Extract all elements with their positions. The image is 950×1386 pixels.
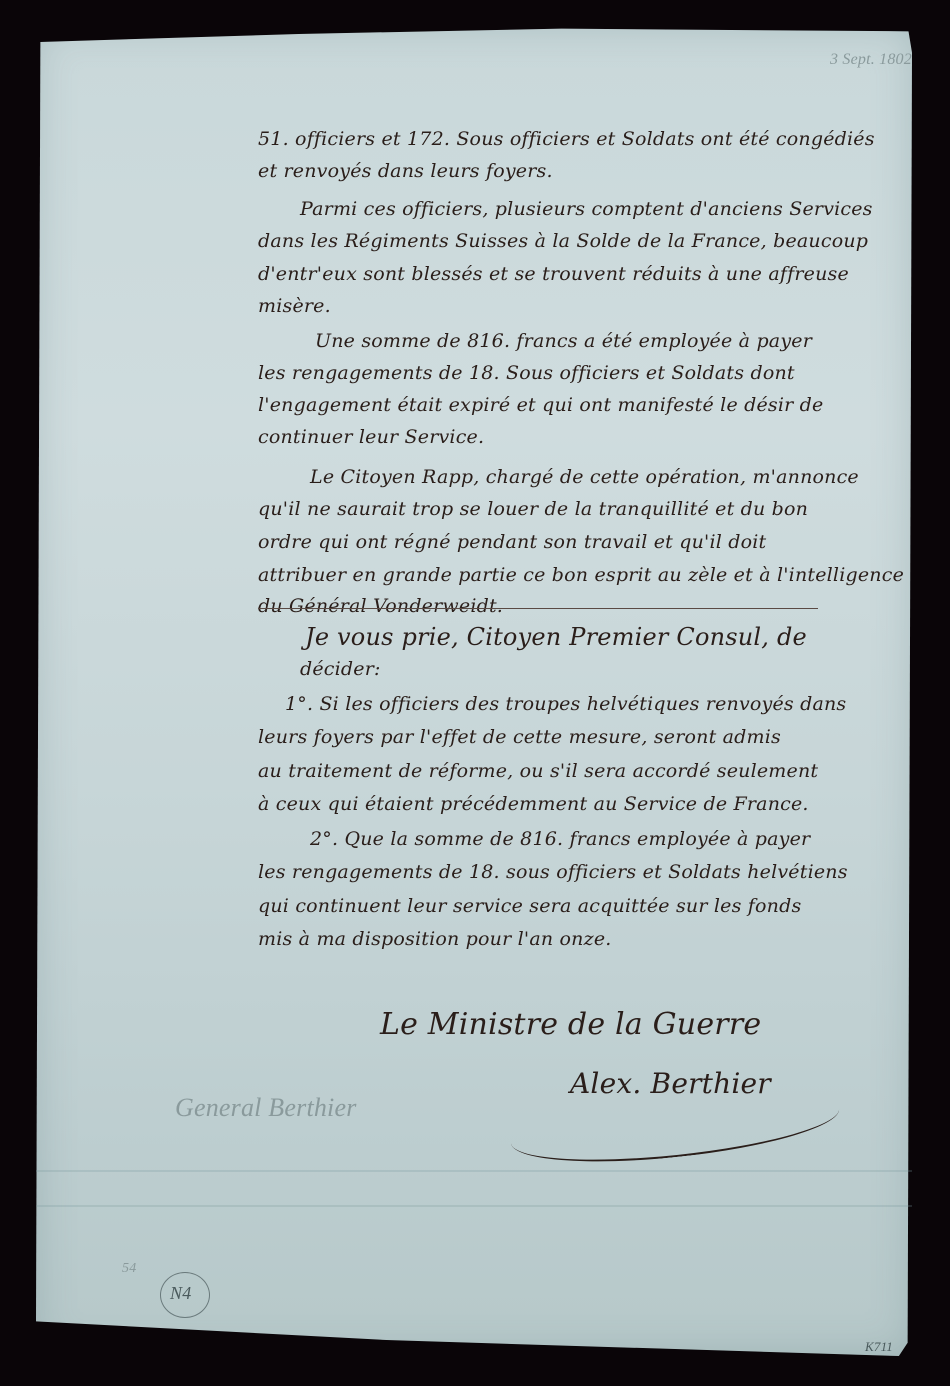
body-line: Parmi ces officiers, plusieurs comptent … (300, 200, 873, 219)
body-line: Une somme de 816. francs a été employée … (315, 332, 812, 351)
request-item: les rengagements de 18. sous officiers e… (258, 863, 848, 882)
request-item: à ceux qui étaient précédemment au Servi… (258, 795, 809, 814)
request-item: 2°. Que la somme de 816. francs employée… (310, 830, 810, 849)
body-line: qu'il ne saurait trop se louer de la tra… (258, 500, 808, 519)
circled-mark-text: N4 (170, 1284, 191, 1302)
paper-fold-line (36, 1205, 912, 1207)
body-line: misère. (258, 297, 331, 316)
pencil-annotation: General Berthier (175, 1095, 357, 1121)
body-line: d'entr'eux sont blessés et se trouvent r… (258, 265, 849, 284)
body-line: les rengagements de 18. Sous officiers e… (258, 364, 795, 383)
request-item: mis à ma disposition pour l'an onze. (258, 930, 612, 949)
body-line: 51. officiers et 172. Sous officiers et … (258, 130, 875, 149)
separator-rule (258, 608, 818, 609)
body-line: dans les Régiments Suisses à la Solde de… (258, 232, 868, 251)
body-line: attribuer en grande partie ce bon esprit… (258, 566, 904, 585)
body-line: ordre qui ont régné pendant son travail … (258, 533, 766, 552)
body-line: l'engagement était expiré et qui ont man… (258, 396, 824, 415)
body-line: et renvoyés dans leurs foyers. (258, 162, 553, 181)
body-line: du Général Vonderweidt. (258, 597, 503, 616)
body-line: continuer leur Service. (258, 428, 484, 447)
request-item: leurs foyers par l'effet de cette mesure… (258, 728, 781, 747)
paper-fold-line (36, 1170, 912, 1172)
request-item: qui continuent leur service sera acquitt… (258, 897, 801, 916)
body-line: Le Citoyen Rapp, chargé de cette opérati… (310, 468, 859, 487)
faint-header-mark: 3 Sept. 1802 (830, 52, 912, 68)
request-opening: Je vous prie, Citoyen Premier Consul, de (305, 625, 807, 649)
closing-title: Le Ministre de la Guerre (380, 1010, 761, 1040)
corner-mark: K711 (865, 1340, 893, 1353)
request-item: au traitement de réforme, ou s'il sera a… (258, 762, 818, 781)
request-opening-cont: décider: (300, 660, 381, 679)
document-paper (36, 26, 912, 1356)
corner-mark: 54 (122, 1262, 136, 1276)
request-item: 1°. Si les officiers des troupes helvéti… (285, 695, 846, 714)
